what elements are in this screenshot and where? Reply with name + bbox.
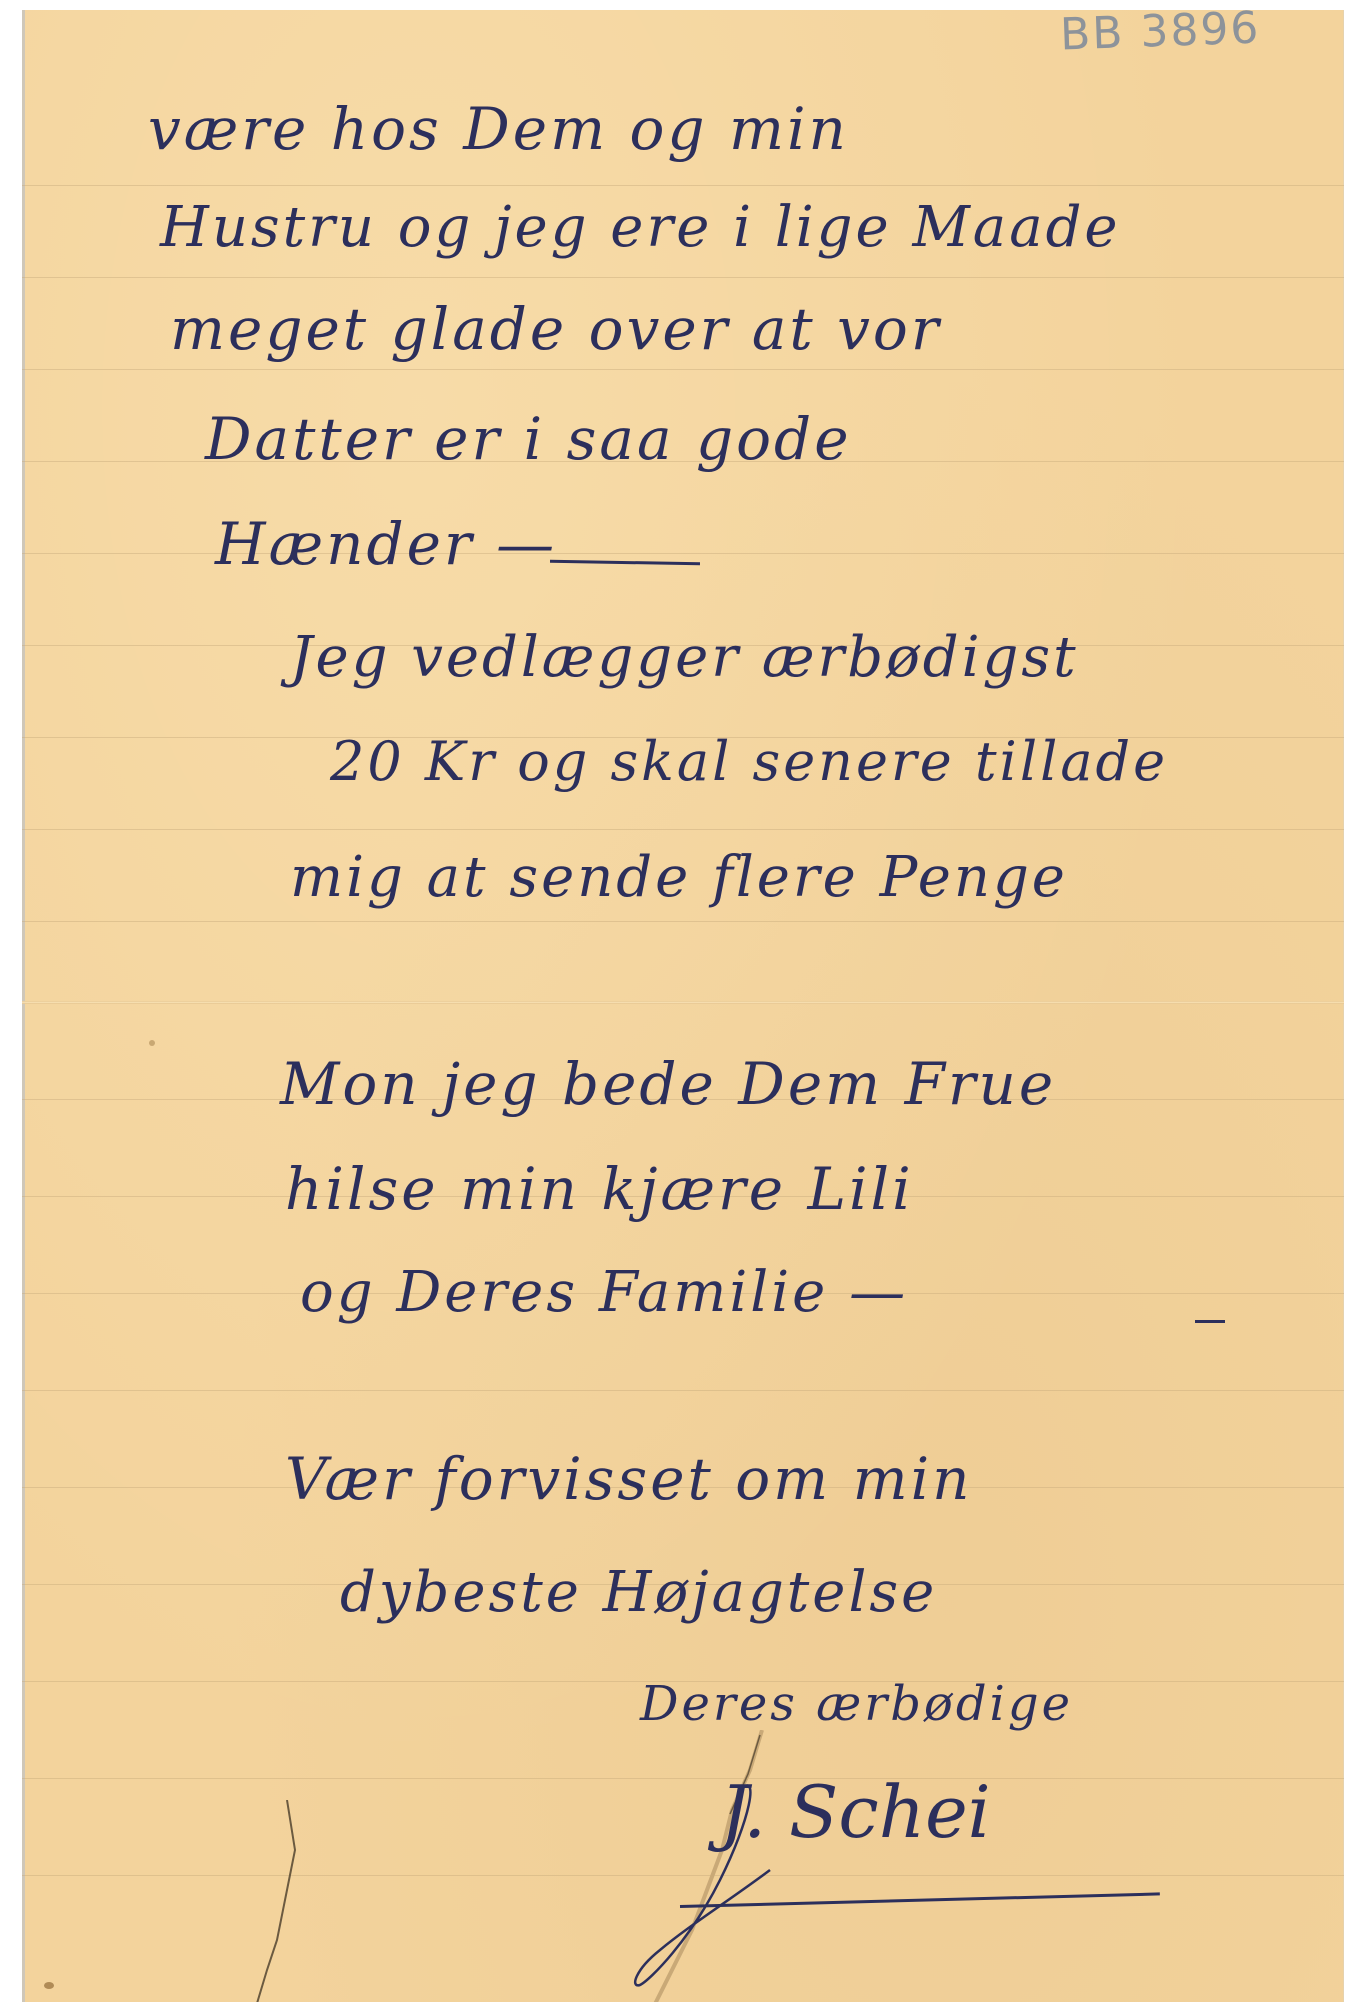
letter-line: være hos Dem og min	[148, 100, 849, 158]
ink-spot	[44, 1982, 54, 1989]
ruled-line	[22, 369, 1344, 370]
letter-line: Datter er i saa gode	[205, 410, 852, 468]
letter-line: Hænder —	[215, 515, 557, 573]
dash-mark	[1195, 1320, 1225, 1323]
letter-line: mig at sende flere Penge	[290, 850, 1068, 906]
letter-line: meget glade over at vor	[170, 300, 942, 358]
page-left-edge	[22, 10, 25, 2002]
ruled-line	[22, 185, 1344, 186]
paper-crack	[237, 1800, 307, 2002]
letter-line: Vær forvisset om min	[285, 1450, 973, 1508]
letter-line: Jeg vedlægger ærbødigst	[290, 630, 1079, 686]
letter-line: og Deres Familie —	[300, 1265, 908, 1321]
ruled-line	[22, 1390, 1344, 1391]
letter-line: hilse min kjære Lili	[285, 1160, 914, 1218]
letter-line: 20 Kr og skal senere tillade	[330, 735, 1168, 789]
archive-mark: BB 3896	[1059, 3, 1261, 61]
valediction: Deres ærbødige	[640, 1680, 1073, 1728]
ruled-line	[22, 829, 1344, 830]
paper-fold-crease	[22, 1001, 1344, 1004]
letter-line: Mon jeg bede Dem Frue	[280, 1055, 1056, 1113]
signature-j-loop	[600, 1760, 860, 2000]
letter-line: Hustru og jeg ere i lige Maade	[160, 200, 1121, 256]
spot	[149, 1040, 155, 1046]
ruled-line	[22, 277, 1344, 278]
ruled-line	[22, 921, 1344, 922]
letter-line: dybeste Højagtelse	[340, 1565, 937, 1621]
